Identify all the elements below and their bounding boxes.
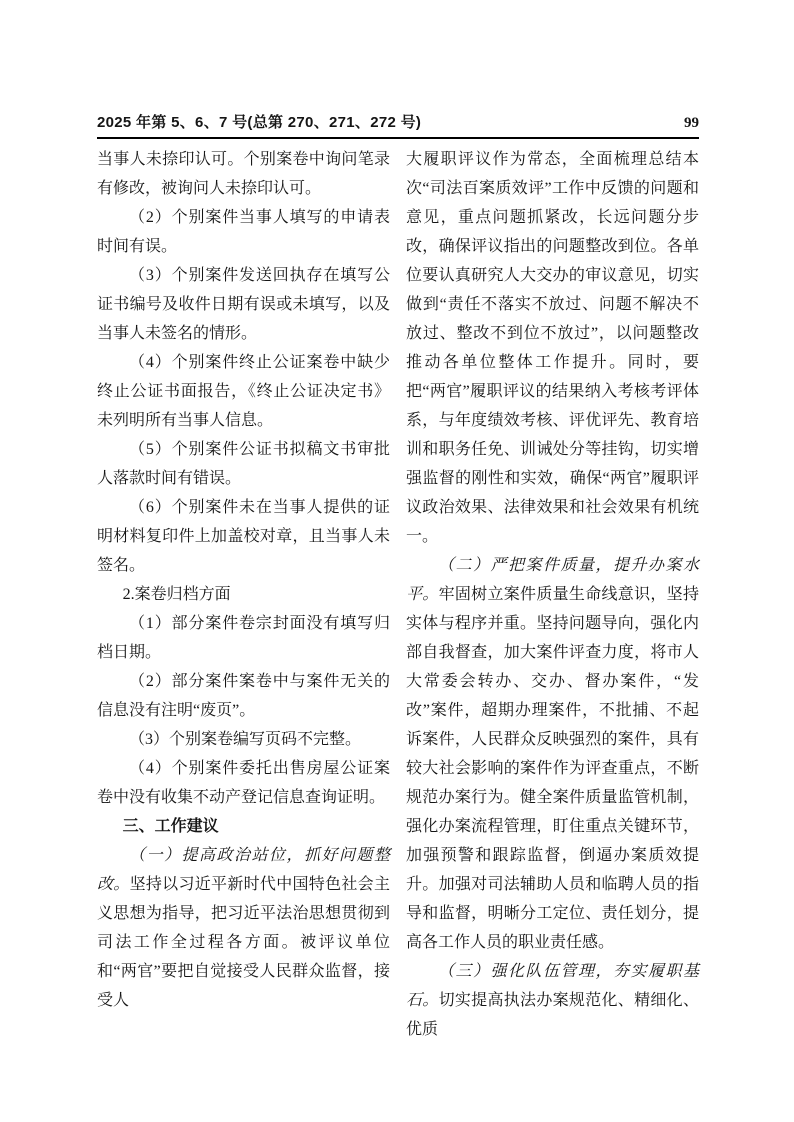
page-content: 2025 年第 5、6、7 号(总第 270、271、272 号) 99 当事人… xyxy=(97,111,699,1044)
paragraph-text: 牢固树立案件质量生命线意识，坚持实体与程序并重。坚持问题导向，强化内部自我督查，… xyxy=(406,586,699,951)
paragraph: （2）部分案件案卷中与案件无关的信息没有注明“废页”。 xyxy=(97,667,390,725)
paragraph: （4）个别案件委托出售房屋公证案卷中没有收集不动产登记信息查询证明。 xyxy=(97,754,390,812)
paragraph: （1）部分案件卷宗封面没有填写归档日期。 xyxy=(97,609,390,667)
paragraph: （三）强化队伍管理，夯实履职基石。切实提高执法办案规范化、精细化、优质 xyxy=(406,957,699,1044)
paragraph: （4）个别案件终止公证案卷中缺少终止公证书面报告，《终止公证决定书》未列明所有当… xyxy=(97,348,390,435)
page-number: 99 xyxy=(684,115,699,132)
paragraph: 大履职评议作为常态，全面梳理总结本次“司法百案质效评”工作中反馈的问题和意见，重… xyxy=(406,145,699,551)
left-column: 当事人未捺印认可。个别案卷中询问笔录有修改，被询问人未捺印认可。 （2）个别案件… xyxy=(97,145,390,1044)
paragraph: （2）个别案件当事人填写的申请表时间有误。 xyxy=(97,203,390,261)
right-column: 大履职评议作为常态，全面梳理总结本次“司法百案质效评”工作中反馈的问题和意见，重… xyxy=(406,145,699,1044)
paragraph: （3）个别案卷编写页码不完整。 xyxy=(97,725,390,754)
paragraph: （3）个别案件发送回执存在填写公证书编号及收件日期有误或未填写，以及当事人未签名… xyxy=(97,261,390,348)
paragraph: （二）严把案件质量，提升办案水平。牢固树立案件质量生命线意识，坚持实体与程序并重… xyxy=(406,551,699,957)
paragraph: 当事人未捺印认可。个别案卷中询问笔录有修改，被询问人未捺印认可。 xyxy=(97,145,390,203)
paragraph-text: 切实提高执法办案规范化、精细化、优质 xyxy=(406,992,699,1038)
paragraph-text: 坚持以习近平新时代中国特色社会主义思想为指导，把习近平法治思想贯彻到司法工作全过… xyxy=(97,876,390,1009)
two-column-body: 当事人未捺印认可。个别案卷中询问笔录有修改，被询问人未捺印认可。 （2）个别案件… xyxy=(97,145,699,1044)
paragraph: （一）提高政治站位，抓好问题整改。坚持以习近平新时代中国特色社会主义思想为指导，… xyxy=(97,841,390,1015)
numbered-subheading: 2.案卷归档方面 xyxy=(97,580,390,609)
paragraph: （5）个别案件公证书拟稿文书审批人落款时间有错误。 xyxy=(97,435,390,493)
document-page: 2025 年第 5、6、7 号(总第 270、271、272 号) 99 当事人… xyxy=(0,0,794,1122)
journal-issue-label: 2025 年第 5、6、7 号(总第 270、271、272 号) xyxy=(97,111,421,132)
paragraph: （6）个别案件未在当事人提供的证明材料复印件上加盖校对章，且当事人未签名。 xyxy=(97,493,390,580)
page-header: 2025 年第 5、6、7 号(总第 270、271、272 号) 99 xyxy=(97,111,699,139)
section-heading: 三、工作建议 xyxy=(97,812,390,841)
